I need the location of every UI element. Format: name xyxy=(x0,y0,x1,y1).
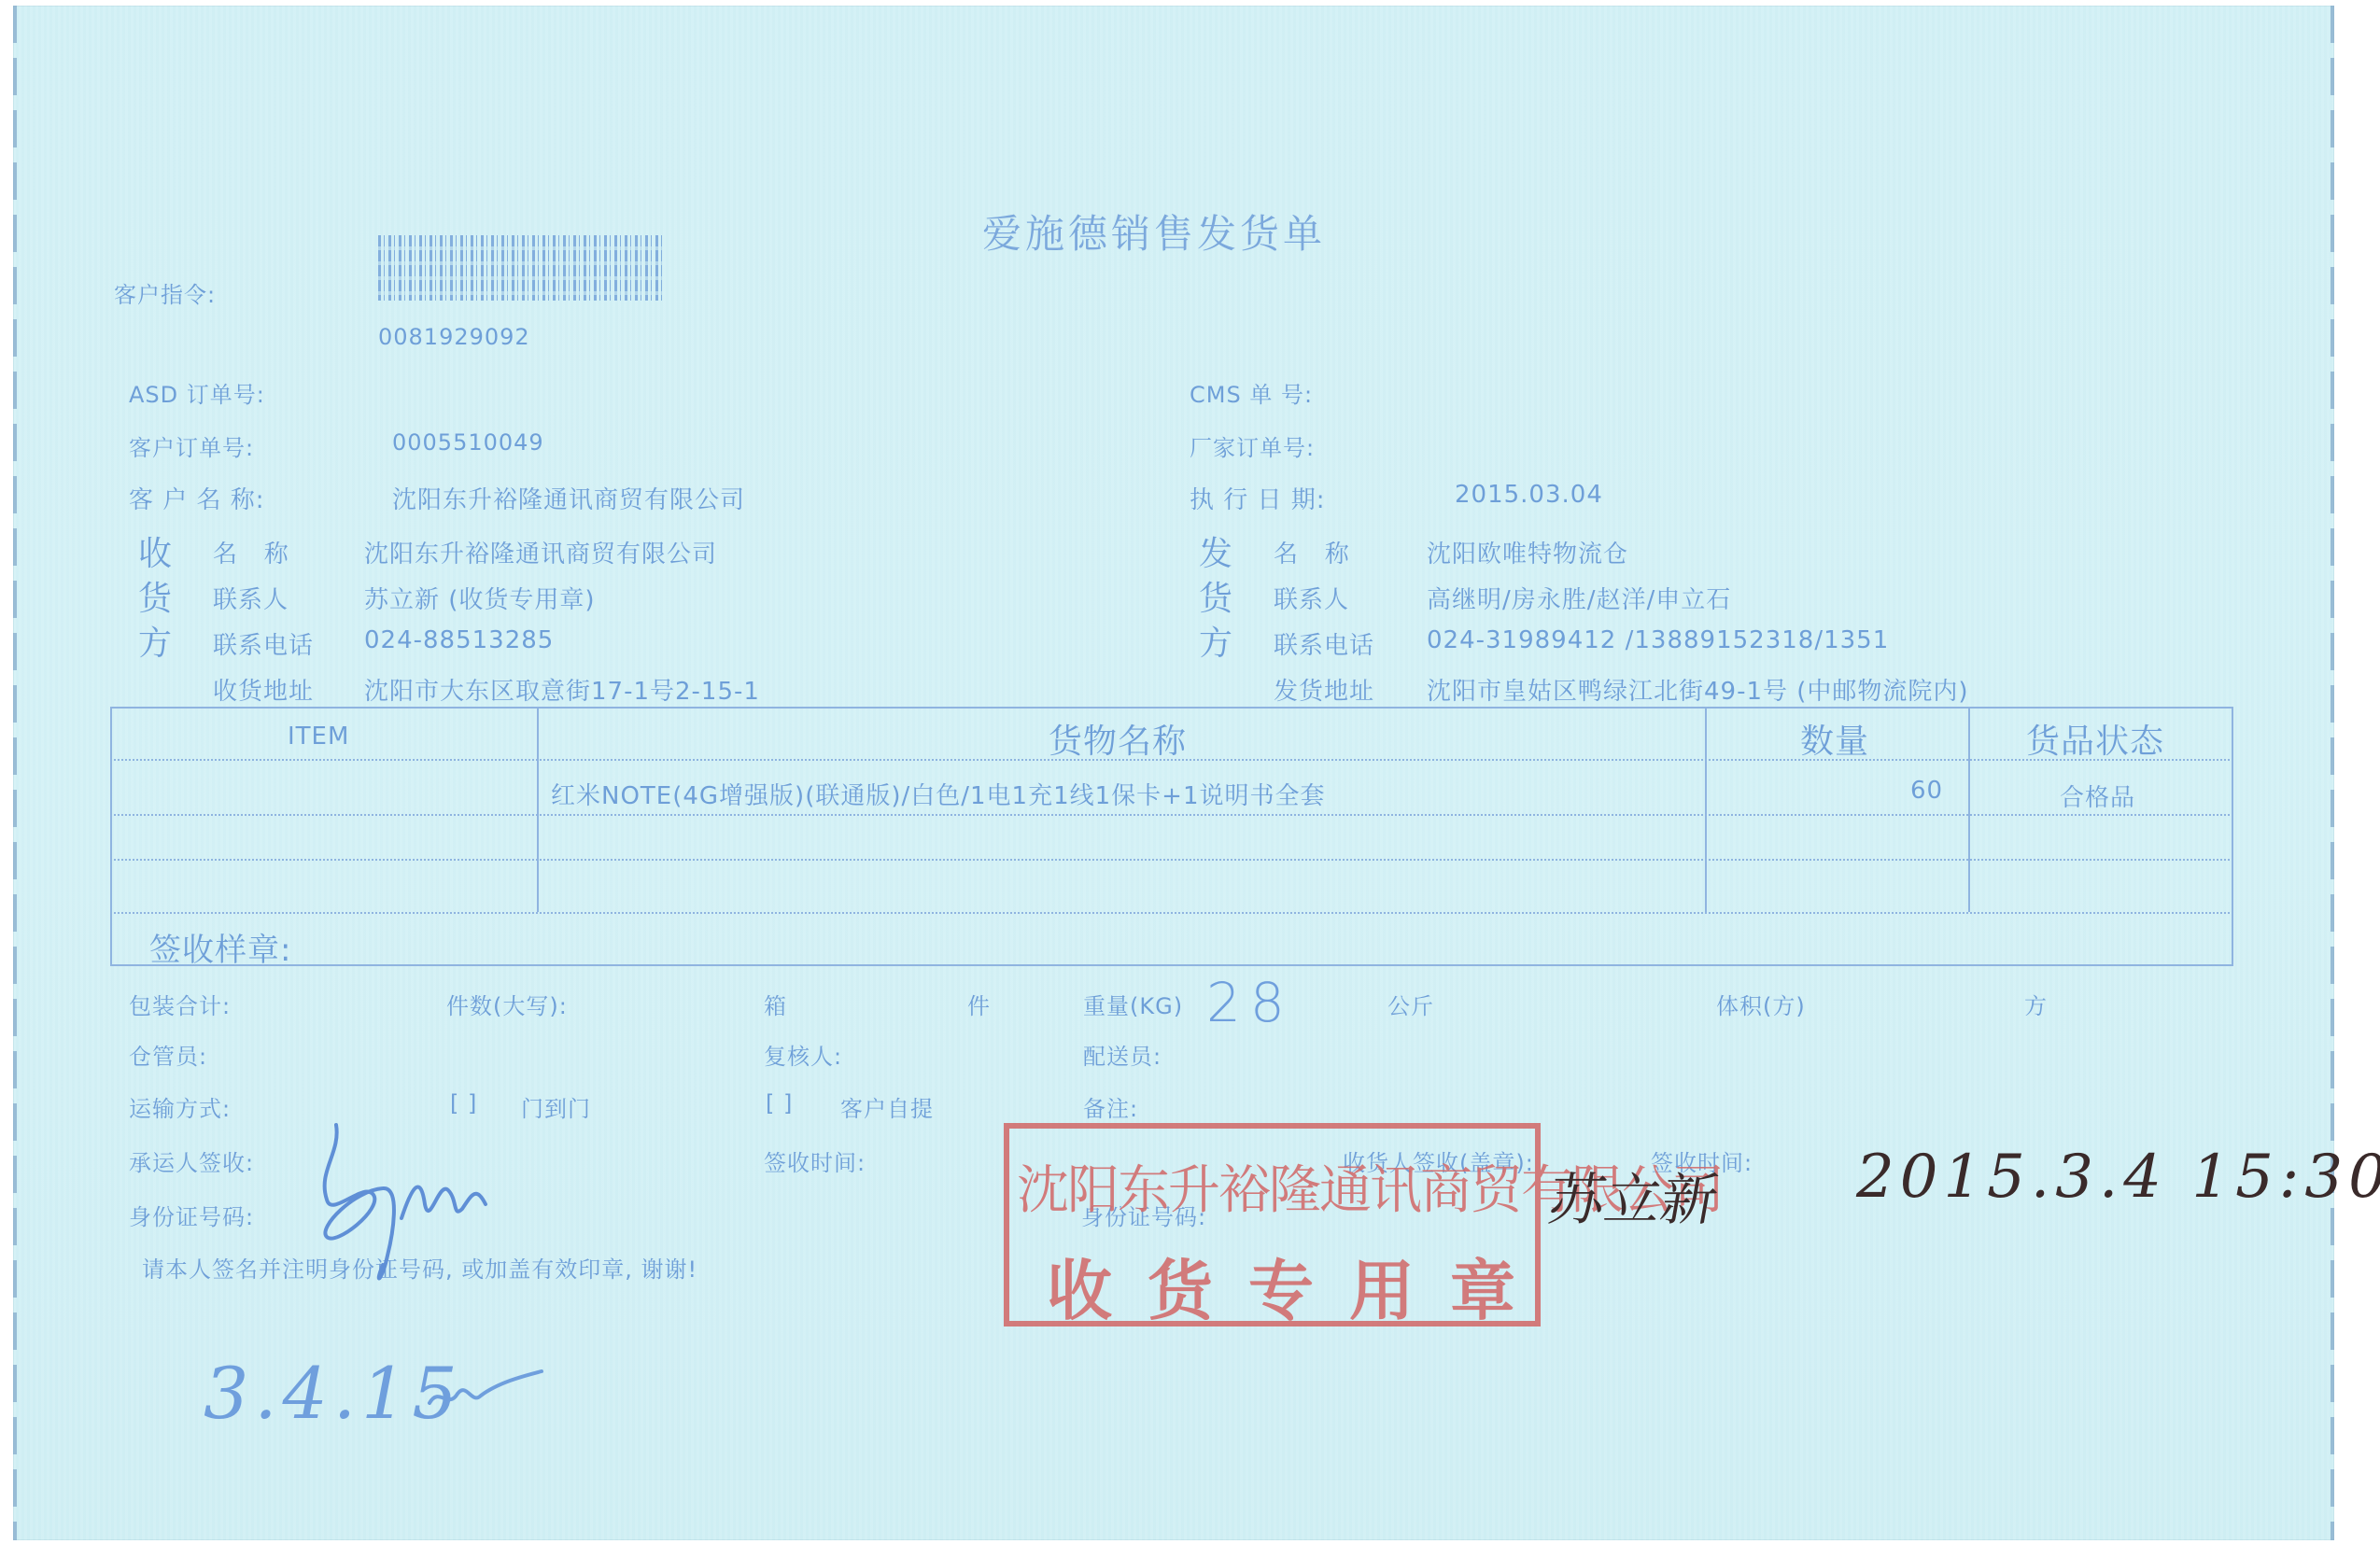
table-divider xyxy=(110,814,2233,816)
pieces-upper-label: 件数(大写): xyxy=(446,988,568,1020)
receiving-stamp: 沈阳东升裕隆通讯商贸有限公司 收货专用章 xyxy=(1004,1123,1541,1326)
remarks-label: 备注: xyxy=(1083,1090,1138,1123)
receiver-contact-value: 苏立新 (收货专用章) xyxy=(364,581,596,615)
table-col-divider xyxy=(1705,707,1707,912)
right-perforation xyxy=(2331,6,2334,1540)
document-title: 爱施德销售发货单 xyxy=(982,204,1326,260)
receiver-address-label: 收货地址 xyxy=(213,672,314,707)
receiver-side-char-3: 方 xyxy=(138,617,173,665)
carrier-sign-label: 承运人签收: xyxy=(129,1144,254,1177)
exec-date-label: 执 行 日 期: xyxy=(1190,481,1326,515)
shipper-phone-label: 联系电话 xyxy=(1274,626,1374,661)
weight-label: 重量(KG) xyxy=(1083,988,1183,1020)
deliverer-label: 配送员: xyxy=(1083,1038,1162,1071)
customer-order-label: 客户订单号: xyxy=(129,429,254,462)
receive-time-handwritten: 2015.3.4 15:30 xyxy=(1856,1143,2380,1212)
receiver-name-label: 名 称 xyxy=(213,535,289,569)
row-goods-name: 红米NOTE(4G增强版)(联通版)/白色/1电1充1线1保卡+1说明书全套 xyxy=(551,777,1326,811)
receiver-name-value: 沈阳东升裕隆通讯商贸有限公司 xyxy=(364,535,717,569)
row-quantity: 60 xyxy=(1910,777,1943,805)
exec-date-value: 2015.03.04 xyxy=(1455,481,1603,509)
bottom-note-flourish xyxy=(425,1358,546,1414)
self-pickup-label: 客户自提 xyxy=(840,1090,934,1123)
shipper-side-char-1: 发 xyxy=(1199,527,1233,575)
sign-stamp-label: 签收样章: xyxy=(149,924,291,970)
stamp-purpose: 收货专用章 xyxy=(1047,1239,1551,1333)
receiver-phone-value: 024-88513285 xyxy=(364,626,554,654)
table-divider xyxy=(110,859,2233,861)
receiver-contact-label: 联系人 xyxy=(213,581,289,615)
receiver-side-char-2: 货 xyxy=(138,572,173,620)
col-header-qty: 数量 xyxy=(1800,715,1869,763)
carrier-signature-scribble xyxy=(299,1116,514,1293)
col-header-name: 货物名称 xyxy=(1049,715,1187,763)
kg-unit: 公斤 xyxy=(1387,988,1434,1020)
customer-name-value: 沈阳东升裕隆通讯商贸有限公司 xyxy=(392,481,745,515)
self-pickup-checkbox[interactable]: [ ] xyxy=(766,1090,793,1116)
shipper-phone-value: 024-31989412 /13889152318/1351 xyxy=(1427,626,1889,654)
box-label: 箱 xyxy=(764,988,787,1020)
weight-value-handwritten: 28 xyxy=(1206,971,1294,1034)
table-col-divider xyxy=(1968,707,1970,912)
table-divider xyxy=(110,912,2233,914)
rechecker-label: 复核人: xyxy=(764,1038,842,1071)
receiver-address-value: 沈阳市大东区取意街17-1号2-15-1 xyxy=(364,672,760,707)
door-to-door-label: 门到门 xyxy=(521,1090,591,1123)
table-col-divider xyxy=(537,707,539,912)
barcode xyxy=(378,235,663,301)
customer-instruction-number: 0081929092 xyxy=(378,324,530,350)
receiver-phone-label: 联系电话 xyxy=(213,626,314,661)
customer-instruction-label: 客户指令: xyxy=(114,276,216,309)
piece-label: 件 xyxy=(967,988,991,1020)
package-total-label: 包装合计: xyxy=(129,988,231,1020)
customer-order-value: 0005510049 xyxy=(392,429,544,456)
col-header-status: 货品状态 xyxy=(2026,715,2164,763)
left-perforation xyxy=(13,6,17,1540)
col-header-item: ITEM xyxy=(288,723,349,751)
id-number-label-left: 身份证号码: xyxy=(129,1199,254,1231)
shipper-contact-label: 联系人 xyxy=(1274,581,1349,615)
asd-order-label: ASD 订单号: xyxy=(129,376,265,409)
volume-label: 体积(方) xyxy=(1716,988,1806,1020)
transport-label: 运输方式: xyxy=(129,1090,231,1123)
shipper-address-value: 沈阳市皇姑区鸭绿江北街49-1号 (中邮物流院内) xyxy=(1427,672,1969,707)
sign-time-label-left: 签收时间: xyxy=(764,1144,866,1177)
shipper-contact-value: 高继明/房永胜/赵洋/申立石 xyxy=(1427,581,1731,615)
receiver-signature-handwritten: 苏立新 xyxy=(1542,1156,1725,1236)
door-to-door-checkbox[interactable]: [ ] xyxy=(450,1090,477,1116)
shipper-name-value: 沈阳欧唯特物流仓 xyxy=(1427,535,1628,569)
row-status: 合格品 xyxy=(2060,779,2135,813)
shipper-name-label: 名 称 xyxy=(1274,535,1350,569)
customer-name-label: 客 户 名 称: xyxy=(129,481,265,515)
shipper-address-label: 发货地址 xyxy=(1274,672,1374,707)
warehouse-keeper-label: 仓管员: xyxy=(129,1038,207,1071)
shipper-side-char-2: 货 xyxy=(1199,572,1233,620)
volume-unit: 方 xyxy=(2024,988,2048,1020)
vendor-order-label: 厂家订单号: xyxy=(1190,429,1315,462)
receiver-side-char-1: 收 xyxy=(138,527,173,575)
cms-label: CMS 单 号: xyxy=(1190,376,1313,409)
shipper-side-char-3: 方 xyxy=(1199,617,1233,665)
